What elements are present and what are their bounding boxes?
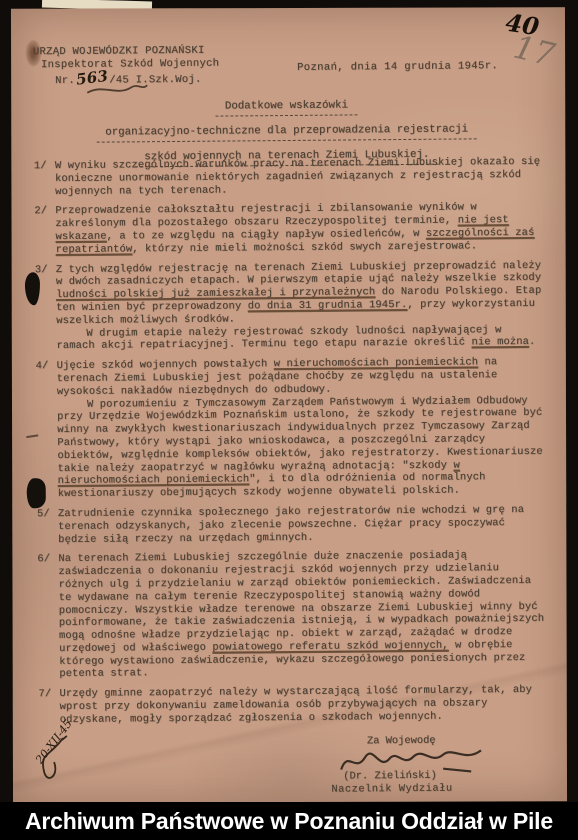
archive-caption-bar: Archiwum Państwowe w Poznaniu Oddział w … — [0, 802, 578, 840]
paragraph: 5/ Zatrudnienie czynnika społecznego jak… — [37, 504, 547, 547]
title-line2: organizacyjno-techniczne dla przeprowadz… — [96, 123, 477, 142]
paragraph-body: Zatrudnienie czynnika społecznego jako r… — [58, 504, 547, 547]
pen-squiggle-icon — [81, 79, 151, 100]
paragraph: 4/ Ujęcie szkód wojennych powstałych w n… — [36, 356, 547, 501]
document-page: URZĄD WOJEWÓDZKI POZNAŃSKI Inspektorat S… — [11, 7, 567, 802]
paragraph-text: W drugim etapie należy rejestrować szkod… — [56, 323, 545, 353]
paragraph-text: Z tych względów rejestrację na terenach … — [56, 259, 546, 327]
paragraph-text: Przeprowadzenie całokształtu rejestracji… — [55, 201, 544, 256]
signoff-block: Za Wojewodę (Dr. Zieliński) Naczelnik Wy… — [315, 734, 536, 797]
paragraph-number: 2/ — [34, 205, 55, 256]
paragraph-text: W wyniku szczególnych warunków pracy na … — [55, 156, 544, 199]
pencil-underlined-phrase: w nieruchomościach poniemieckich — [58, 459, 460, 487]
paragraph-number: 6/ — [37, 553, 59, 681]
paragraph-number: 5/ — [37, 508, 58, 547]
pencil-underlined-phrase: szczególności zaś repatriantów — [56, 227, 535, 256]
pen-paraph-icon — [29, 734, 79, 789]
pencil-underlined-phrase: powiatowego referatu szkód wojennych, — [212, 640, 448, 654]
paragraph-body: Ujęcie szkód wojennych powstałych w nier… — [57, 356, 547, 501]
paragraph: 2/ Przeprowadzenie całokształtu rejestra… — [34, 201, 544, 257]
archive-caption-text: Archiwum Państwowe w Poznaniu Oddział w … — [25, 808, 553, 835]
ink-stain — [26, 40, 41, 66]
paragraph-text: W porozumieniu z Tymczasowym Zarządem Pa… — [57, 394, 547, 501]
paragraph: 1/ W wyniku szczególnych warunków pracy … — [34, 156, 544, 199]
signoff-title: Naczelnik Wydziału — [331, 782, 535, 797]
ink-blob — [27, 478, 46, 508]
ink-blob — [25, 272, 40, 305]
paragraph-text: Urzędy gminne zaopatrzyć należy w wystar… — [59, 684, 548, 727]
paragraph-body: Urzędy gminne zaopatrzyć należy w wystar… — [59, 684, 548, 727]
paragraph-text: Ujęcie szkód wojennych powstałych w nier… — [57, 356, 546, 399]
title-line1: Dodatkowe wskazówki — [216, 99, 357, 116]
archival-scan: URZĄD WOJEWÓDZKI POZNAŃSKI Inspektorat S… — [0, 0, 578, 840]
ref-prefix: Nr. — [55, 75, 75, 87]
paragraph-number: 7/ — [38, 688, 59, 727]
paragraph-body: Przeprowadzenie całokształtu rejestracji… — [55, 201, 544, 256]
typed-content: URZĄD WOJEWÓDZKI POZNAŃSKI Inspektorat S… — [9, 6, 570, 805]
paragraph: 7/ Urzędy gminne zaopatrzyć należy w wys… — [38, 684, 548, 727]
place-and-date: Poznań, dnia 14 grudnia 1945r. — [297, 60, 498, 74]
paragraph: 3/ Z tych względów rejestrację na terena… — [35, 259, 546, 353]
paragraph-list: 1/ W wyniku szczególnych warunków pracy … — [34, 156, 549, 734]
pencil-number-17: 17 — [510, 28, 558, 74]
pencil-underlined-phrase: nie można — [471, 336, 529, 349]
paragraph-number: 1/ — [34, 160, 55, 199]
paragraph-body: W wyniku szczególnych warunków pracy na … — [55, 156, 544, 199]
pencil-underlined-phrase: w nieruchomościach poniemieckich — [274, 357, 478, 371]
paragraph-text: Zatrudnienie czynnika społecznego jako r… — [58, 504, 547, 547]
paragraph-body: Z tych względów rejestrację na terenach … — [56, 259, 546, 353]
handwritten-signature-icon — [333, 740, 493, 779]
pencil-underlined-phrase: do dnia 31 grudnia 1945r. — [248, 299, 408, 312]
paragraph: 6/ Na terenach Ziemi Lubuskiej szczególn… — [37, 549, 548, 681]
paragraph-text: Na terenach Ziemi Lubuskiej szczególnie … — [58, 549, 548, 681]
paragraph-body: Na terenach Ziemi Lubuskiej szczególnie … — [58, 549, 548, 681]
